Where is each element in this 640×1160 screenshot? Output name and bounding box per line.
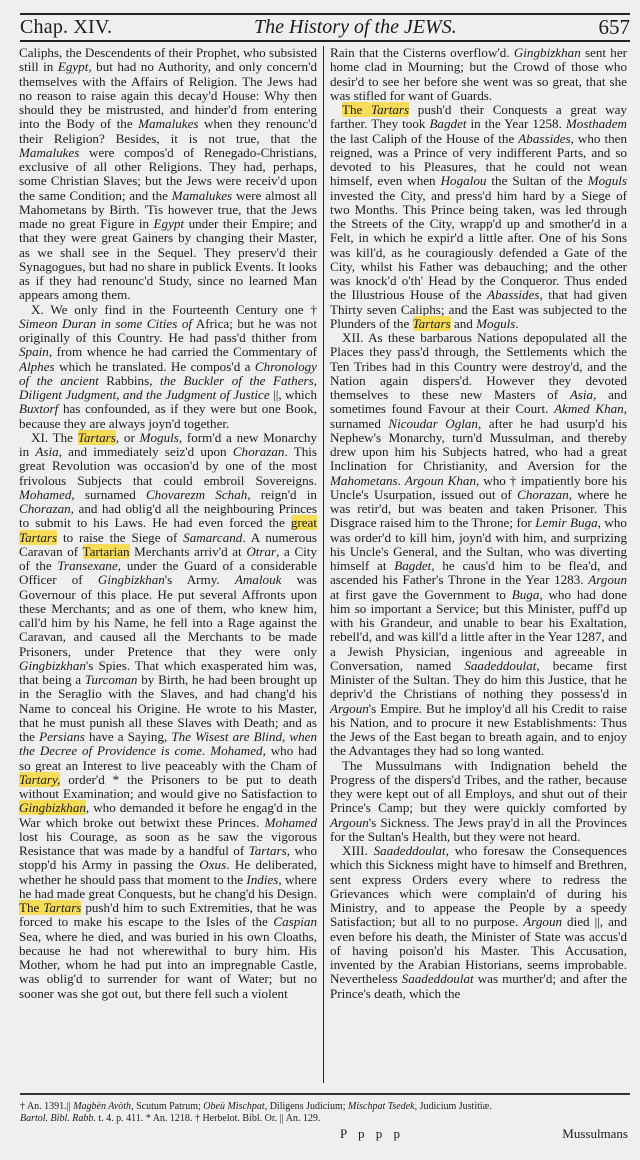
right-column: Rain that the Cisterns overflow'd. Gingb… (323, 46, 627, 1083)
text-run: Merchants arriv'd at (130, 544, 247, 559)
text-run: to raise the Siege of (57, 530, 183, 545)
italic-text: Alphes (19, 359, 55, 374)
text-run: , reign'd in (247, 487, 317, 502)
italic-text: Mamalukes (138, 116, 198, 131)
text-run: and (451, 316, 476, 331)
paragraph: The Tartars push'd their Conquests a gre… (330, 103, 627, 331)
text-run: which he translated. He compos'd a (55, 359, 255, 374)
page-number: 657 (599, 15, 631, 40)
italic-text: Mohamed (19, 487, 71, 502)
italic-text: Spain (19, 344, 49, 359)
italic-text: Bartol. Bibl. Rabb. (20, 1113, 96, 1124)
text-run: Sea, where he died, and was buried in hi… (19, 929, 317, 1001)
highlighted-text[interactable]: Tartars (78, 430, 116, 445)
text-run: † An. 1391. (20, 1101, 67, 1112)
text-run: invested the City, and press'd him hard … (330, 188, 627, 303)
italic-text: Oxus (199, 857, 226, 872)
italic-text: Egypt (154, 216, 185, 231)
text-run: , or (116, 430, 140, 445)
highlighted-text[interactable]: Gingbizkhan (19, 800, 86, 815)
italic-text: Asia (570, 387, 593, 402)
italic-text: Abassides (487, 287, 539, 302)
text-run: have a Saying, (85, 729, 171, 744)
text-run: 's Empire. But he imploy'd all his Credi… (330, 701, 627, 759)
italic-text: Saadeddoulat (374, 843, 446, 858)
italic-text: Obeù Mischpat (203, 1101, 264, 1112)
italic-text: Simeon Duran in some Cities of (19, 316, 192, 331)
italic-text: Mamalukes (172, 188, 232, 203)
highlighted-text[interactable]: Tartars (19, 530, 57, 545)
text-run: in the Year 1258. (467, 116, 566, 131)
text-run: t. 4. p. 411. (96, 1113, 143, 1124)
italic-text: Mosthadem (566, 116, 627, 131)
italic-text: Asia (35, 444, 58, 459)
text-run: X. We only find in the Fourteenth Centur… (31, 302, 317, 317)
italic-text: Lemir Buga (535, 515, 597, 530)
left-column: Caliphs, the Descendents of their Prophe… (19, 46, 323, 1083)
italic-text: Mahometans (330, 473, 398, 488)
text-run: XI. The (31, 430, 78, 445)
italic-text: Mamalukes (19, 145, 79, 160)
highlighted-text[interactable]: Tartars (371, 102, 409, 117)
footnote-rule (20, 1093, 630, 1095)
highlighted-text[interactable]: The (19, 900, 43, 915)
italic-text: Moguls (588, 173, 627, 188)
footnote-line-2: Bartol. Bibl. Rabb. t. 4. p. 411. * An. … (20, 1113, 630, 1125)
signature-mark: P p p p (340, 1126, 404, 1142)
italic-text: Mischpat Tsedek (348, 1101, 415, 1112)
italic-text: Magbèn Avòth (73, 1101, 131, 1112)
text-run: 's Sickness. The Jews pray'd in all the … (330, 815, 627, 844)
italic-text: Saadeddoulat (464, 658, 536, 673)
italic-text: Hogalou (441, 173, 487, 188)
italic-text: Otrar (246, 544, 276, 559)
text-run: Rabbins, (99, 373, 160, 388)
italic-text: Moguls (476, 316, 515, 331)
running-head: Chap. XIV. The History of the JEWS. 657 (20, 14, 630, 40)
paragraph: XI. The Tartars, or Moguls, form'd a new… (19, 431, 317, 1001)
italic-text: Persians (39, 729, 85, 744)
italic-text: Chovarezm Schah (146, 487, 247, 502)
highlighted-text[interactable]: great (291, 515, 317, 530)
italic-text: Nicoudar Oglan (388, 416, 478, 431)
highlighted-text[interactable]: Tartary, (19, 772, 60, 787)
italic-text: Buga (512, 587, 540, 602)
italic-text: Indies (246, 872, 278, 887)
italic-text: Caspian (273, 914, 317, 929)
italic-text: Gingbizkhan (19, 658, 86, 673)
italic-text: Bagdet (429, 116, 466, 131)
text-run: * An. 1218. (143, 1113, 192, 1124)
italic-text: Argoun Khan (405, 473, 476, 488)
text-run: has confounded, as if they were but one … (19, 401, 317, 430)
text-run: , Diligens Judicium; (265, 1101, 348, 1112)
text-run: || An. 129. (277, 1113, 320, 1124)
italic-text: Gingbizkhan (98, 572, 165, 587)
footnotes: † An. 1391.|| Magbèn Avòth, Scutum Patru… (20, 1101, 630, 1125)
highlighted-text[interactable]: Tartars (413, 316, 451, 331)
text-run: , surnamed (71, 487, 146, 502)
italic-text: Argoun (588, 572, 627, 587)
text-run: . (398, 473, 405, 488)
paragraph: XII. As these barbarous Nations depopula… (330, 331, 627, 759)
text-run: 's Army. (165, 572, 235, 587)
footnote-line-1: † An. 1391.|| Magbèn Avòth, Scutum Patru… (20, 1101, 630, 1113)
italic-text: Turcoman (85, 672, 138, 687)
italic-text: Moguls (140, 430, 179, 445)
text-run: at first gave the Government to (330, 587, 512, 602)
text-run: Rain that the Cisterns overflow'd. (330, 46, 514, 60)
text-run: XIII. (342, 843, 374, 858)
text-run: † Herbelot. Bibl. Or. (192, 1113, 277, 1124)
chapter-label: Chap. XIV. (20, 16, 112, 39)
book-page: Chap. XIV. The History of the JEWS. 657 … (0, 0, 640, 1160)
highlighted-text[interactable]: Tartars (43, 900, 81, 915)
italic-text: Buxtorf (19, 401, 58, 416)
italic-text: Argoun (330, 815, 369, 830)
italic-text: Tartars (249, 843, 287, 858)
text-run: ||, which (270, 387, 317, 402)
paragraph: Caliphs, the Descendents of their Prophe… (19, 46, 317, 303)
text-run: the last Caliph of the House of the (330, 131, 518, 146)
paragraph: The Mussulmans with Indignation beheld t… (330, 759, 627, 845)
italic-text: Transexane (57, 558, 117, 573)
italic-text: Chorazan (233, 444, 285, 459)
italic-text: Chorazan (19, 501, 71, 516)
paragraph: X. We only find in the Fourteenth Centur… (19, 303, 317, 431)
italic-text: Akmed Khan (554, 401, 624, 416)
text-run: . (515, 316, 518, 331)
italic-text: Mohamed (265, 815, 317, 830)
italic-text: Gingbizkhan (514, 46, 581, 60)
running-title: The History of the JEWS. (254, 16, 457, 39)
catchword: Mussulmans (562, 1126, 628, 1142)
text-run: order'd * the Prisoners to be put to dea… (19, 772, 317, 801)
italic-text: Argoun (330, 701, 369, 716)
paragraph: XIII. Saadeddoulat, who foresaw the Cons… (330, 844, 627, 1001)
highlighted-text[interactable]: Tartarian (83, 544, 130, 559)
text-run: The Mussulmans with Indignation beheld t… (330, 758, 627, 816)
highlighted-text[interactable]: The (342, 102, 371, 117)
text-run: , from whence he had carried the Comment… (49, 344, 317, 359)
italic-text: Mohamed (210, 743, 262, 758)
italic-text: Samarcand (183, 530, 242, 545)
paragraph: Rain that the Cisterns overflow'd. Gingb… (330, 46, 627, 103)
text-run: , and immediately seiz'd upon (59, 444, 233, 459)
text-run: the Sultan of the (486, 173, 587, 188)
italic-text: Chorazan (517, 487, 569, 502)
italic-text: Bagdet (394, 558, 431, 573)
header-rule-bottom (20, 40, 630, 42)
italic-text: Saadeddoulat (402, 971, 474, 986)
italic-text: Abassides (518, 131, 570, 146)
text-run: , Scutum Patrum; (131, 1101, 203, 1112)
italic-text: Amalouk (235, 572, 282, 587)
italic-text: Argoun (523, 914, 562, 929)
text-run: , Judicium Justitiæ. (415, 1101, 492, 1112)
text-columns: Caliphs, the Descendents of their Prophe… (19, 46, 627, 1083)
italic-text: Egypt (58, 59, 89, 74)
